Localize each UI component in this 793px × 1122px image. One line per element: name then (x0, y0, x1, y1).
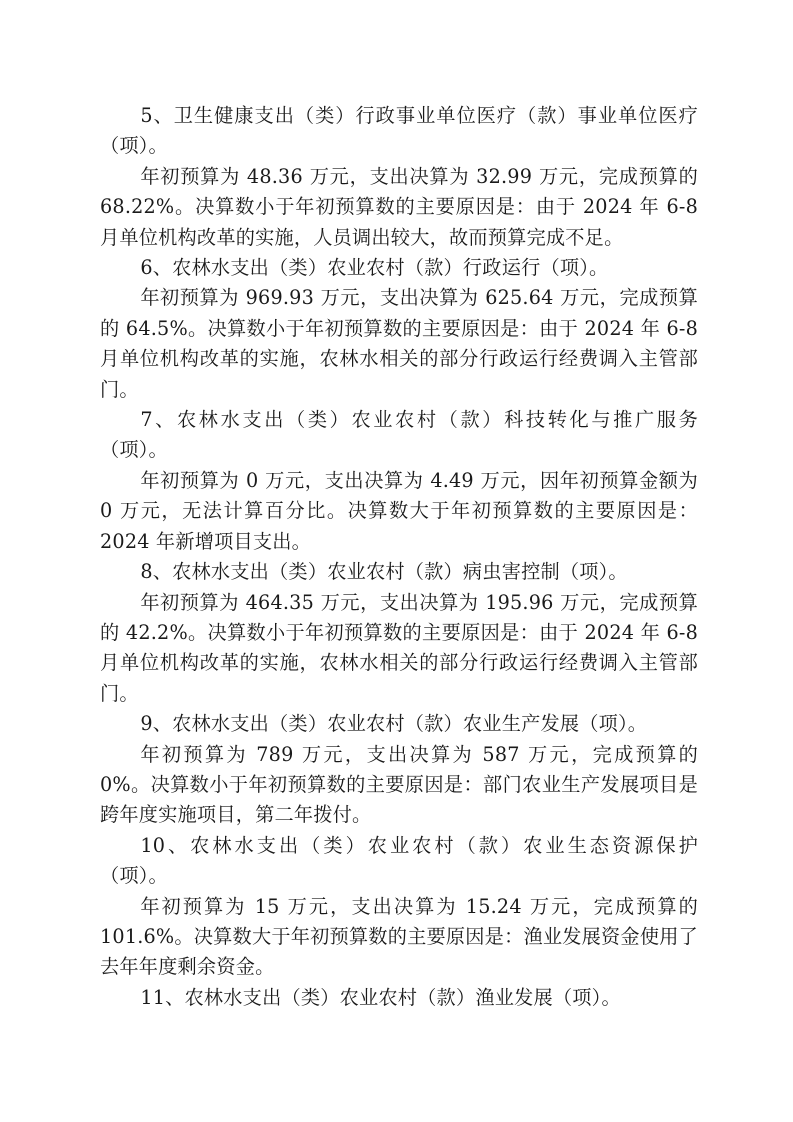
section-heading-10: 10、农林水支出（类）农业农村（款）农业生态资源保护（项）。 (100, 831, 698, 892)
section-body-7: 年初预算为 0 万元，支出决算为 4.49 万元，因年初预算金额为 0 万元，无… (100, 466, 698, 557)
section-heading-5: 5、卫生健康支出（类）行政事业单位医疗（款）事业单位医疗（项）。 (100, 101, 698, 162)
section-heading-8: 8、农林水支出（类）农业农村（款）病虫害控制（项）。 (100, 557, 698, 587)
section-body-9: 年初预算为 789 万元，支出决算为 587 万元，完成预算的 0%。决算数小于… (100, 740, 698, 831)
section-heading-11: 11、农林水支出（类）农业农村（款）渔业发展（项）。 (100, 983, 698, 1013)
section-body-10: 年初预算为 15 万元，支出决算为 15.24 万元，完成预算的 101.6%。… (100, 892, 698, 983)
section-body-6: 年初预算为 969.93 万元，支出决算为 625.64 万元，完成预算的 64… (100, 283, 698, 405)
section-heading-6: 6、农林水支出（类）农业农村（款）行政运行（项）。 (100, 253, 698, 283)
section-heading-9: 9、农林水支出（类）农业农村（款）农业生产发展（项）。 (100, 709, 698, 739)
section-body-5: 年初预算为 48.36 万元，支出决算为 32.99 万元，完成预算的 68.2… (100, 162, 698, 253)
section-heading-7: 7、农林水支出（类）农业农村（款）科技转化与推广服务（项）。 (100, 405, 698, 466)
document-page: 5、卫生健康支出（类）行政事业单位医疗（款）事业单位医疗（项）。 年初预算为 4… (100, 101, 698, 1013)
section-body-8: 年初预算为 464.35 万元，支出决算为 195.96 万元，完成预算的 42… (100, 588, 698, 710)
